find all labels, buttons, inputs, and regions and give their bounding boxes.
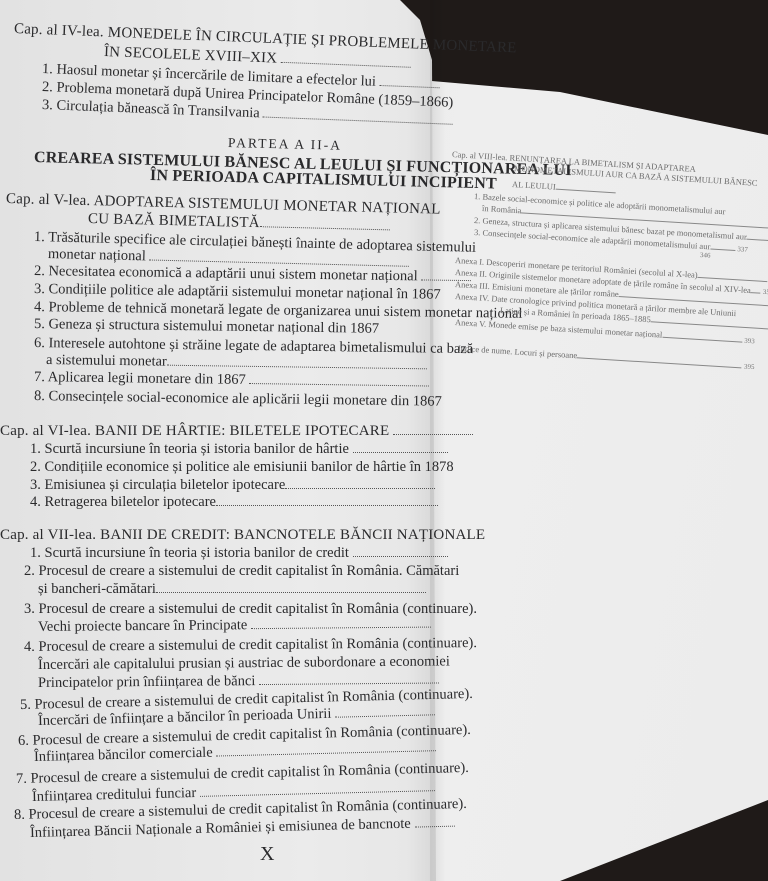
toc-entry-cont: Încercări ale capitalului prusian și aus… [38,654,450,672]
toc-entry: 2. Procesul de creare a sistemului de cr… [24,564,459,579]
part-label: PARTEA A II-A [228,136,342,152]
toc-entry: 1. Scurtă incursiune în teoria și istori… [30,442,448,457]
toc-entry: 2. Condițiile economice și politice ale … [30,460,454,475]
toc-entry: 1. Scurtă incursiune în teoria și istori… [30,546,448,561]
chapter-vii-title: Cap. al VII-lea. BANII DE CREDIT: BANCNO… [0,528,485,543]
chapter-vi-title: Cap. al VI-lea. BANII DE HÂRTIE: BILETEL… [0,424,473,439]
toc-entry-cont: și bancheri-cămătari [38,582,426,597]
chapter-viii-end-page: 346 [700,250,711,260]
toc-entry: 3. Procesul de creare a sistemului de cr… [24,602,477,617]
toc-entry: 4. Retragerea biletelor ipotecare [30,495,438,510]
toc-entry: 3. Emisiunea și circulația biletelor ipo… [30,478,435,493]
page-number: X [260,843,274,866]
